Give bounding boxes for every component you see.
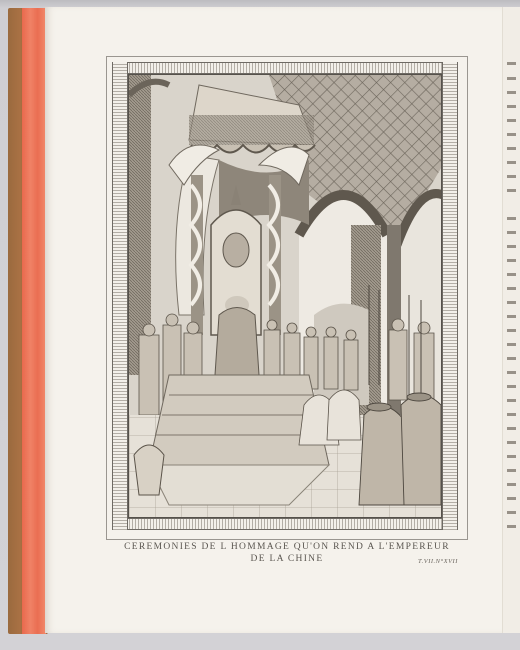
plate-caption: CEREMONIES DE L HOMMAGE QU'ON REND A L'E… [106, 541, 468, 565]
facing-page-text-edge [502, 7, 520, 633]
engraving-illustration [128, 74, 442, 518]
hatched-border-left [112, 62, 128, 530]
hatched-border-top [112, 62, 458, 74]
plate-reference: T.VII.N°XVII [418, 558, 458, 565]
book-red-edge [22, 8, 46, 634]
hatched-border-right [442, 62, 458, 530]
hatched-border-bottom [112, 518, 458, 530]
caption-line-2: DE LA CHINE [106, 553, 468, 565]
caption-line-1: CEREMONIES DE L HOMMAGE QU'ON REND A L'E… [106, 541, 468, 553]
